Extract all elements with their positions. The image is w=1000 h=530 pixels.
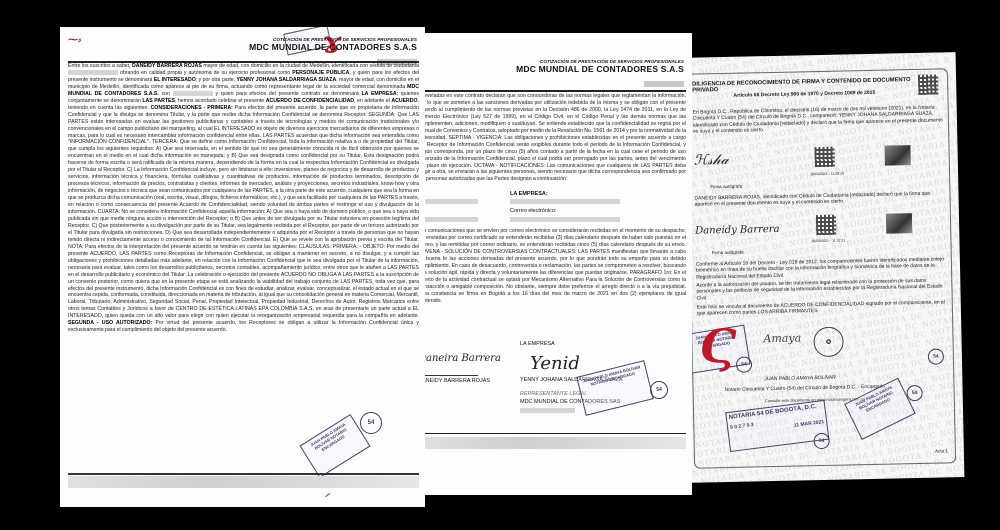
footer-rule — [418, 433, 686, 434]
party-empresa-rep-name: YENNY JOHANA SALDARRIAGA SUAZA — [237, 77, 337, 83]
signature-daneidy: Daneira Barrera — [418, 353, 501, 364]
notary-stamp: JUAN PABLO AMAYA BOLÍVAR NOTARIO ENCARGA… — [576, 360, 654, 416]
qr-code-icon — [816, 215, 836, 235]
page-header: COTIZACIÓN DE PRESTACIÓN DE SERVICIOS PR… — [516, 59, 684, 92]
notary-seal: 54 — [650, 381, 668, 399]
agreement-page-2: COTIZACIÓN DE PRESTACIÓN DE SERVICIOS PR… — [410, 33, 692, 495]
notary-seal: 54 — [360, 412, 382, 434]
qr-code-icon — [814, 147, 834, 167]
notary-signature: Amaya — [763, 331, 801, 345]
agreement-body: Entre los suscritos a saber, DANEIDY BAR… — [68, 63, 419, 334]
clauses-paragraph-top: ...reveladas en este contrato declaran q… — [418, 93, 686, 183]
signature-line — [418, 375, 478, 376]
redacted-footer — [418, 437, 686, 449]
footer-rule — [68, 473, 419, 475]
act-number: Acta 1 — [935, 448, 948, 455]
correo-label: Correo electrónico: — [510, 208, 556, 214]
signer-left-name: DANEIDY BARRERA ROJAS — [418, 378, 490, 384]
header-rule — [418, 90, 686, 92]
signature-yenny: ℋ𝓈𝒽𝒶 — [694, 152, 729, 169]
redacted-block — [418, 199, 478, 204]
redacted-id — [68, 70, 118, 75]
signature-daneidy: Daneidy Barrera — [695, 224, 780, 237]
la-empresa-signature-label: LA EMPRESA — [520, 341, 555, 347]
redacted-block — [510, 199, 620, 204]
certificate-para-1: En Bogotá D.C., República de Colombia, e… — [693, 104, 943, 135]
redacted-block — [520, 408, 575, 413]
compareciente-photo-1 — [884, 145, 910, 166]
party-interesado-name: DANEIDY BARRERA ROJAS — [132, 63, 202, 69]
redacted-block — [418, 217, 478, 222]
red-notary-signature: Ϛ — [699, 319, 737, 374]
la-empresa-label: LA EMPRESA: — [510, 191, 548, 197]
redacted-id — [173, 91, 213, 96]
signer-right-role: REPRESENTANTE LEGAL — [520, 391, 587, 397]
clauses-paragraph-bottom: Las comunicaciones que se envíen por cor… — [418, 228, 686, 304]
red-ink-mark: ⸝ — [325, 485, 330, 499]
signature-yenny: Yenid — [530, 353, 580, 374]
redacted-block — [644, 81, 684, 87]
compareciente-photo-2 — [886, 213, 912, 234]
redacted-block — [510, 217, 620, 222]
qr-code-icon — [918, 75, 938, 95]
header-title: MDC MUNDIAL DE CONTADORES S.A.S — [249, 42, 417, 52]
notarial-certificate-page: NOTARIA 54 BOGOTA DC NOTARIA 54 BOGOTA D… — [678, 52, 965, 483]
agreement-page-1: ⁓⸗ ɤ COTIZACIÓN DE PRESTACIÓN DE SERVICI… — [60, 27, 425, 507]
red-ink-mark: ⁓⸗ — [68, 35, 81, 46]
header-title: MDC MUNDIAL DE CONTADORES S.A.S — [516, 64, 684, 74]
redacted-footer — [68, 476, 419, 488]
